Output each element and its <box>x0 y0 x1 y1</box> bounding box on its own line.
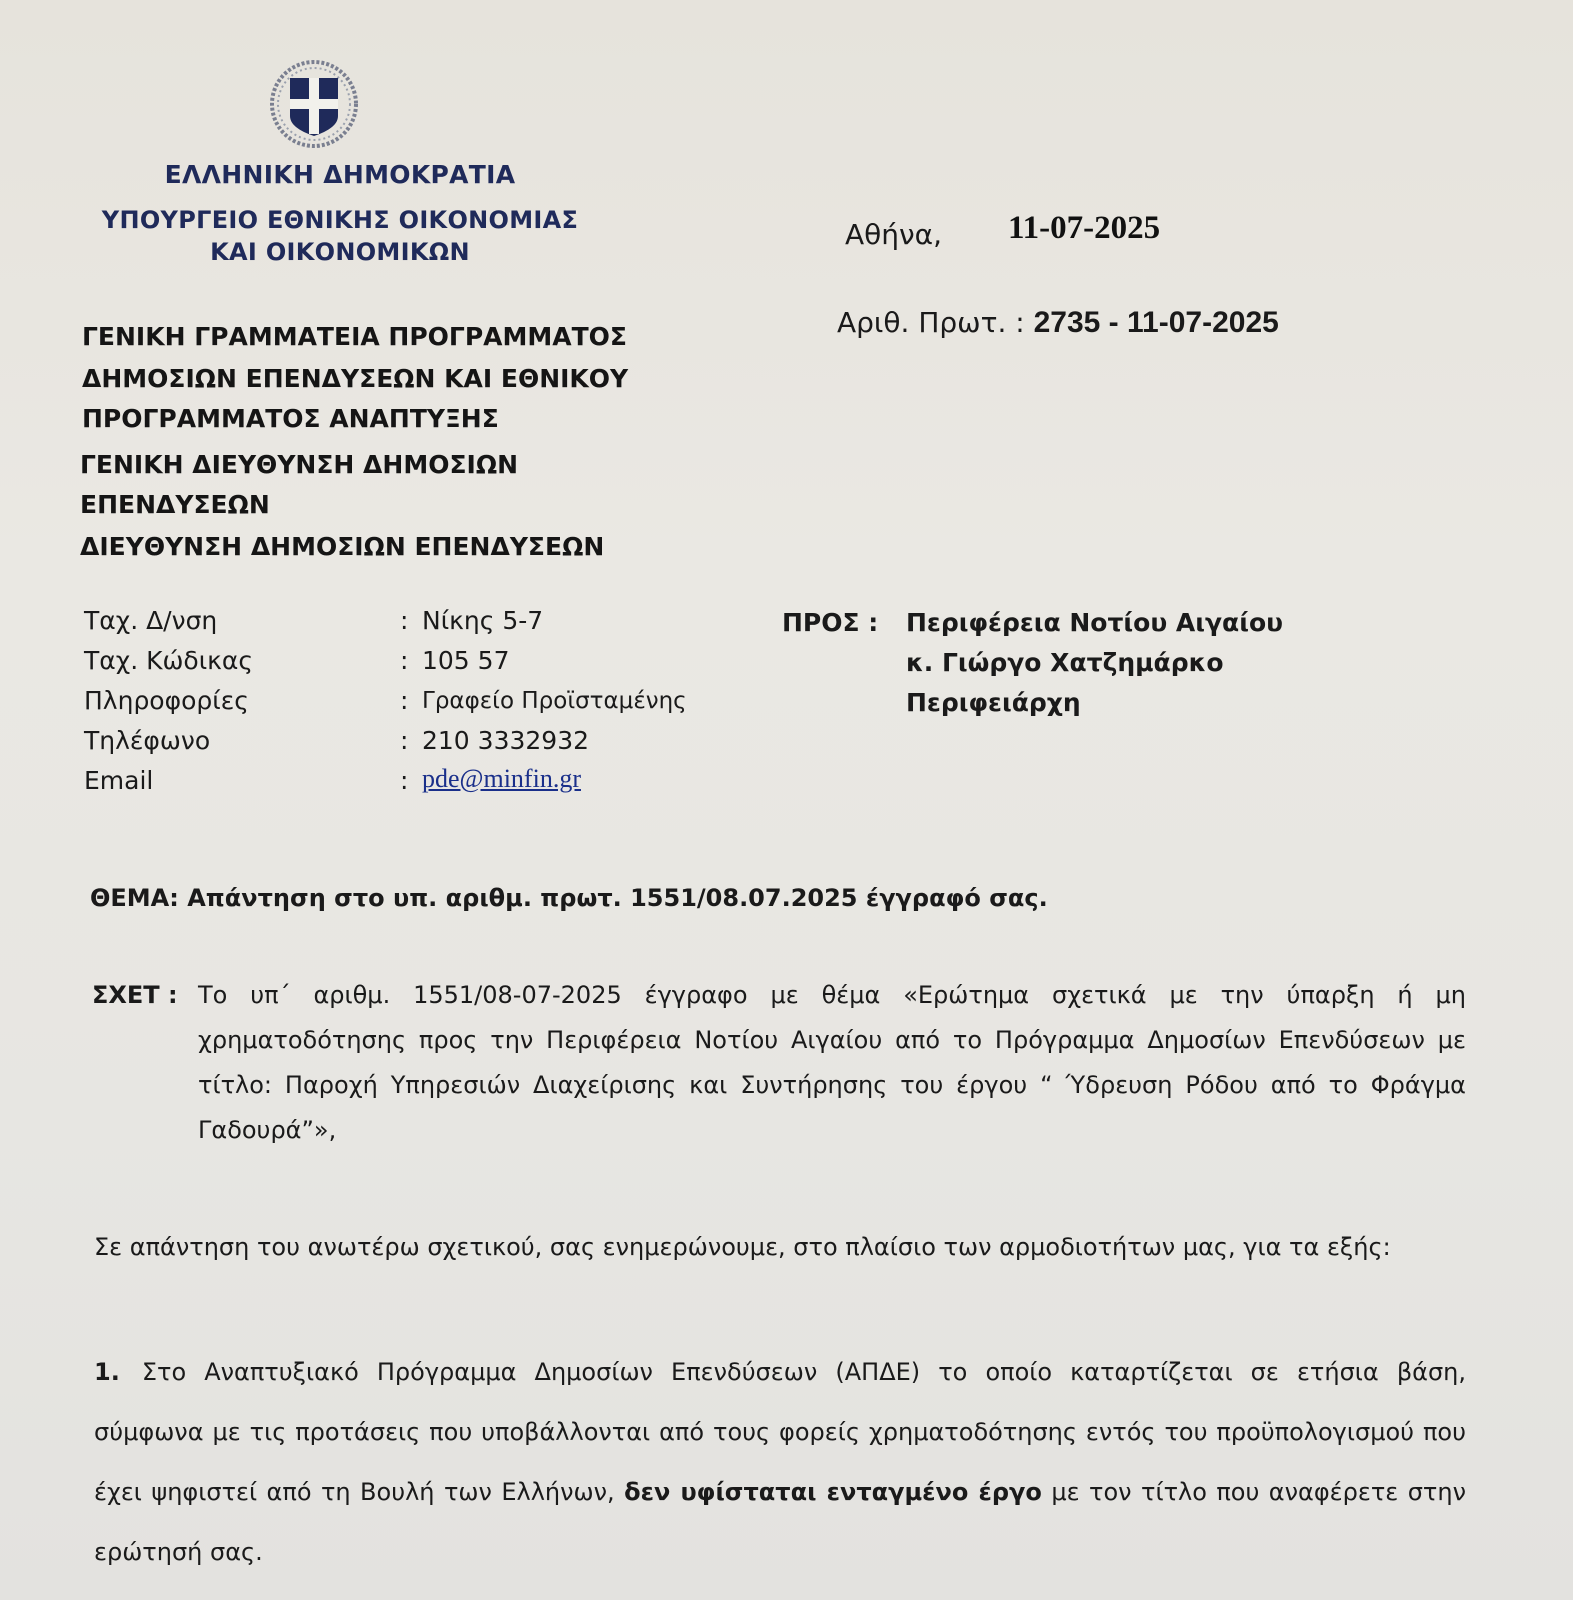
org-line: ΕΠΕΝΔΥΣΕΩΝ <box>80 490 270 519</box>
org-line: ΓΕΝΙΚΗ ΓΡΑΜΜΑΤΕΙΑ ΠΡΟΓΡΑΜΜΑΤΟΣ <box>82 322 627 351</box>
point-1-paragraph: 1.Στο Αναπτυξιακό Πρόγραμμα Δημοσίων Επε… <box>94 1342 1466 1582</box>
org-line: ΠΡΟΓΡΑΜΜΑΤΟΣ ΑΝΑΠΤΥΞΗΣ <box>82 404 499 433</box>
colon: : <box>400 686 408 715</box>
protocol-value: 2735 - 11-07-2025 <box>1034 306 1279 339</box>
contact-label-info: Πληροφορίες <box>84 686 249 715</box>
contact-value-postcode: 105 57 <box>422 646 509 675</box>
point-1-emphasis: δεν υφίσταται ενταγμένο έργο <box>624 1478 1042 1506</box>
point-number: 1. <box>94 1358 120 1386</box>
contact-label-address: Ταχ. Δ/νση <box>84 606 217 635</box>
ministry-title-line-1: ΥΠΟΥΡΓΕΙΟ ΕΘΝΙΚΗΣ ΟΙΚΟΝΟΜΙΑΣ <box>40 206 640 234</box>
email-link[interactable]: pde@minfin.gr <box>422 764 581 793</box>
subject-line: ΘΕΜΑ: Απάντηση στο υπ. αριθμ. πρωτ. 1551… <box>90 884 1048 912</box>
recipient-line: κ. Γιώργο Χατζημάρκο <box>906 648 1224 677</box>
republic-title: ΕΛΛΗΝΙΚΗ ΔΗΜΟΚΡΑΤΙΑ <box>40 160 640 189</box>
org-line: ΔΗΜΟΣΙΩΝ ΕΠΕΝΔΥΣΕΩΝ ΚΑΙ ΕΘΝΙΚΟΥ <box>82 364 628 393</box>
contact-value-info: Γραφείο Προϊσταμένης <box>422 688 687 714</box>
contact-value-email: pde@minfin.gr <box>422 764 581 794</box>
recipient-line: Περιφέρεια Νοτίου Αιγαίου <box>906 608 1283 637</box>
recipient-label: ΠΡΟΣ : <box>782 608 878 637</box>
greek-coat-of-arms-icon <box>268 58 360 150</box>
contact-value-phone: 210 3332932 <box>422 726 589 755</box>
document-page: ΕΛΛΗΝΙΚΗ ΔΗΜΟΚΡΑΤΙΑ ΥΠΟΥΡΓΕΙΟ ΕΘΝΙΚΗΣ ΟΙ… <box>0 0 1573 1600</box>
ministry-title-line-2: ΚΑΙ ΟΙΚΟΝΟΜΙΚΩΝ <box>40 238 640 266</box>
protocol-number: Αριθ. Πρωτ. : 2735 - 11-07-2025 <box>837 306 1279 340</box>
recipient-line: Περιφειάρχη <box>906 688 1081 717</box>
document-date: 11-07-2025 <box>1008 210 1160 247</box>
contact-value-address: Νίκης 5-7 <box>422 606 543 635</box>
related-label: ΣΧΕΤ : <box>92 981 178 1009</box>
contact-label-phone: Τηλέφωνο <box>84 726 210 755</box>
colon: : <box>400 766 408 795</box>
contact-label-postcode: Ταχ. Κώδικας <box>84 646 253 675</box>
colon: : <box>400 646 408 675</box>
city-label: Αθήνα, <box>845 218 942 251</box>
intro-paragraph: Σε απάντηση του ανωτέρω σχετικού, σας εν… <box>94 1218 1466 1276</box>
contact-label-email: Email <box>84 766 153 795</box>
related-text: Το υπ΄ αριθμ. 1551/08-07-2025 έγγραφο με… <box>198 973 1466 1153</box>
protocol-label: Αριθ. Πρωτ. : <box>837 306 1025 339</box>
org-line: ΓΕΝΙΚΗ ΔΙΕΥΘΥΝΣΗ ΔΗΜΟΣΙΩΝ <box>80 450 518 479</box>
org-line: ΔΙΕΥΘΥΝΣΗ ΔΗΜΟΣΙΩΝ ΕΠΕΝΔΥΣΕΩΝ <box>80 532 604 561</box>
colon: : <box>400 726 408 755</box>
colon: : <box>400 606 408 635</box>
